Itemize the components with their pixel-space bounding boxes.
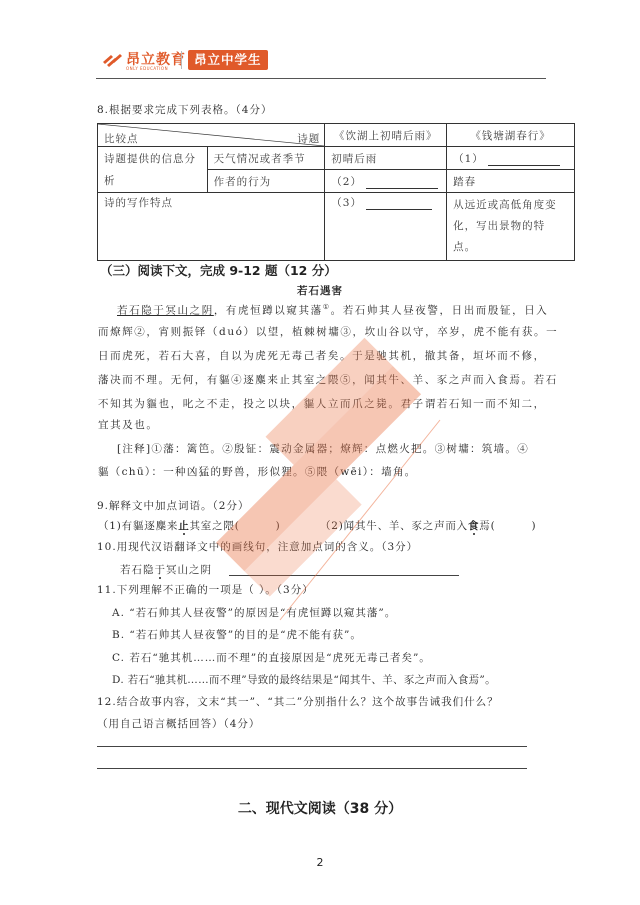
row1-poem2-cell[interactable]: （1） <box>447 147 575 170</box>
row3-poem2-line2: 化，写出景物的特点。 <box>453 216 568 258</box>
q11-option-b[interactable]: B. “若石帅其人昼夜警”的目的是“虎不能有获”。 <box>112 628 362 642</box>
q10-title: 10.用现代汉语翻译文中的画线句，注意加点词的含义。（3分） <box>97 540 418 554</box>
passage-line-4: 藩决而不理。无何，有貙④逐麋来止其室之隈⑤，闻其牛、羊、豕之声而入食焉。若石 <box>98 373 558 387</box>
comparison-table: 比较点 诗题 《饮湖上初晴后雨》 《钱塘湖春行》 诗题提供的信息分 天气情况或者… <box>97 123 575 261</box>
row2-poem1-cell[interactable]: （2） <box>325 170 447 193</box>
q9-item-1: （1)有貙逐麋来止其室之隈() <box>98 519 281 533</box>
passage-line-2: 而燎辉②，宵则振铎（duó）以望，植棘树墉③，坎山谷以守，卒岁，虎不能有获。一 <box>98 325 558 339</box>
q10-answer-line[interactable] <box>229 575 459 576</box>
blank-label-2: （2） <box>331 176 362 188</box>
q12-title-line1: 12.结合故事内容，文末“其一”、“其二”分别指什么？这个故事告诫我们什么？ <box>97 695 499 709</box>
q10-sentence: 若石隐于冥山之阴 <box>120 563 212 577</box>
header-rule <box>96 78 546 79</box>
q11-option-c[interactable]: C. 若石“驰其机……而不理”的直接原因是“虎死无毒己者矣”。 <box>112 651 431 665</box>
dotted-word-shi: 食 <box>468 520 479 532</box>
row1-label: 天气情况或者季节 <box>207 147 325 170</box>
q9-title: 9.解释文中加点词语。（2分） <box>97 499 249 513</box>
table-corner-cell: 比较点 诗题 <box>98 124 325 147</box>
answer-blank-3[interactable] <box>366 198 432 210</box>
q9-item2-close: ) <box>532 520 537 532</box>
notes-line-1: [注释]①藩：篱笆。②殷钲：震动金属器；燎辉：点燃火把。③树墉：筑墙。④ <box>117 442 529 456</box>
notes-line-2: 貙（chū）：一种凶猛的野兽，形似狸。⑤隈（wēi）：墙角。 <box>98 465 416 479</box>
q12-answer-line-1[interactable] <box>97 746 527 747</box>
dotted-word-yu: 于 <box>155 564 167 576</box>
section-two-heading: 二、现代文阅读（38 分） <box>0 798 640 818</box>
row3-label: 诗的写作特点 <box>98 193 325 261</box>
q9-item-2: （2)闻其牛、羊、豕之声而入食焉() <box>320 519 536 533</box>
table-header-poem1: 《饮湖上初晴后雨》 <box>325 124 447 147</box>
row3-poem2-line1: 从远近或高低角度变 <box>453 195 568 216</box>
row2-poem2-cell: 踏春 <box>447 170 575 193</box>
blank-label-3: （3） <box>331 197 362 209</box>
passage-segment: ，有虎恒蹲以窥其藩 <box>214 305 323 317</box>
q9-item2-text: （2)闻其牛、羊、豕之声而入 <box>320 520 468 532</box>
dotted-word-zhi: 止 <box>178 520 189 532</box>
q10-sentence-text: 冥山之阴 <box>166 564 212 576</box>
row-group-label-line2: 析 <box>98 170 208 193</box>
blank-label-1: （1） <box>453 153 484 165</box>
header-divider <box>181 51 182 69</box>
brand-badge: 昂立中学生 <box>188 50 268 70</box>
answer-blank-1[interactable] <box>488 154 560 166</box>
passage-line-6: 宜其及也。 <box>98 418 159 432</box>
row3-poem2-cell: 从远近或高低角度变 化，写出景物的特点。 <box>447 193 575 261</box>
row1-poem1-cell: 初晴后雨 <box>325 147 447 170</box>
passage-line-5: 不知其为貙也，叱之不走，投之以块，貙人立而爪之毙。君子谓若石知一而不知二， <box>98 397 546 411</box>
q8-title: 8.根据要求完成下列表格。（4分） <box>97 103 272 117</box>
passage-title: 若石遇害 <box>0 283 640 298</box>
q11-option-d[interactable]: D. 若石“驰其机……而不理”导致的最终结果是“闻其牛、羊、豕之声而入食焉”。 <box>112 673 496 687</box>
section3-heading: （三）阅读下文，完成 9-12 题（12 分） <box>100 261 337 279</box>
q9-item1-text: 其室之隈( <box>190 520 240 532</box>
underlined-sentence: 若石隐于冥山之阴 <box>117 305 214 317</box>
page-number: 2 <box>0 856 640 869</box>
row3-poem1-cell[interactable]: （3） <box>325 193 447 261</box>
q11-option-a[interactable]: A. “若石帅其人昼夜警”的原因是“有虎恒蹲以窥其藩”。 <box>112 606 396 620</box>
brand-logo-icon <box>101 52 123 68</box>
row2-label: 作者的行为 <box>207 170 325 193</box>
brand-subtitle: ONLY EDUCATION <box>126 66 168 71</box>
q9-item1-text: （1)有貙逐麋来 <box>98 520 178 532</box>
corner-right-label: 诗题 <box>297 131 320 146</box>
footnote-ref-1: ① <box>323 303 331 311</box>
passage-segment: 。若石帅其人昼夜警，日出而殷钲，日入 <box>331 305 549 317</box>
corner-left-label: 比较点 <box>104 131 139 146</box>
answer-blank-2[interactable] <box>366 177 438 189</box>
passage-line-1: 若石隐于冥山之阴，有虎恒蹲以窥其藩①。若石帅其人昼夜警，日出而殷钲，日入 <box>117 300 548 318</box>
row-group-label-line1: 诗题提供的信息分 <box>98 147 208 170</box>
q9-item1-close: ) <box>276 520 281 532</box>
table-header-poem2: 《钱塘湖春行》 <box>447 124 575 147</box>
q12-title-line2: （用自己语言概括回答）（4分） <box>97 717 260 731</box>
q10-sentence-text: 若石隐 <box>120 564 155 576</box>
passage-line-3: 日而虎死，若石大喜，自以为虎死无毒己者矣。于是驰其机，撤其备，垣坏而不修， <box>98 349 546 363</box>
q11-title: 11.下列理解不正确的一项是（ ）。（3分） <box>97 583 314 597</box>
q12-answer-line-2[interactable] <box>97 768 527 769</box>
q9-item2-text: 焉( <box>479 520 495 532</box>
